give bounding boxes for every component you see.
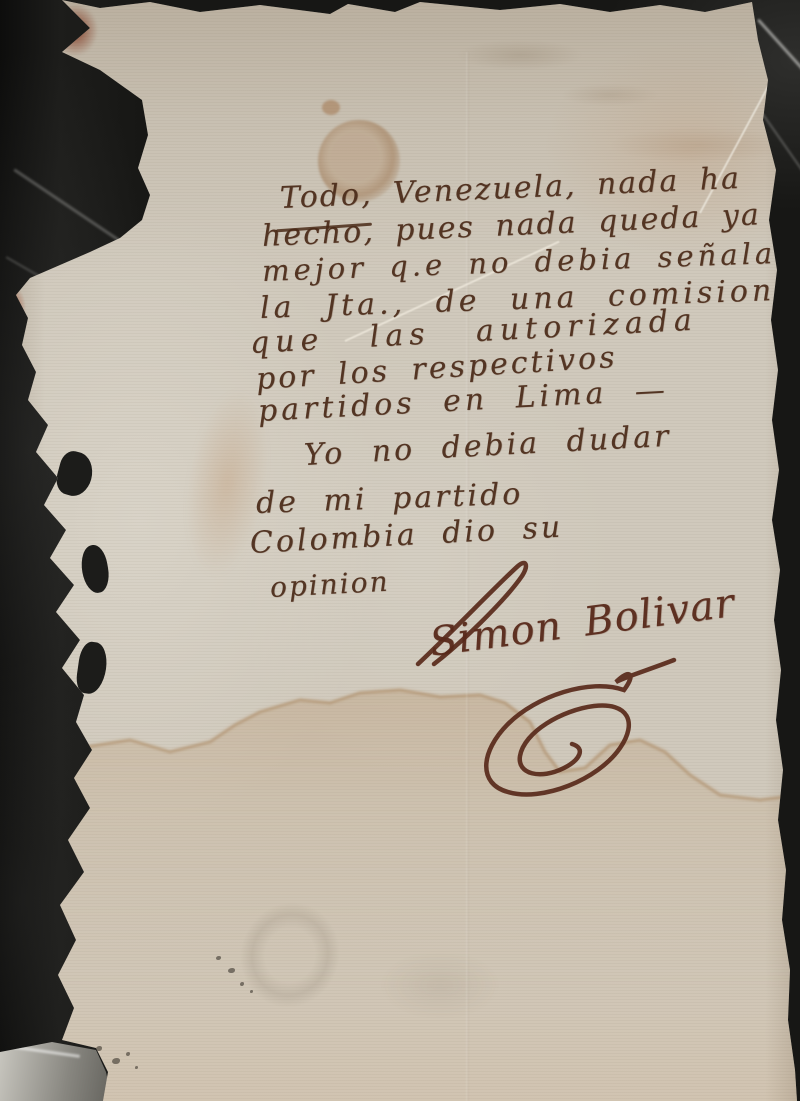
signature-rubric-flourish [478,652,708,827]
handwriting-line-11: opinion [269,565,390,604]
plastic-glare-streak [13,168,122,243]
plastic-sleeve-corner [0,1042,112,1101]
manuscript-photograph: Todo, Venezuela, nada ha hecho, pues nad… [0,0,800,1101]
handwriting-line-8: Yo no debia dudar [303,419,672,473]
